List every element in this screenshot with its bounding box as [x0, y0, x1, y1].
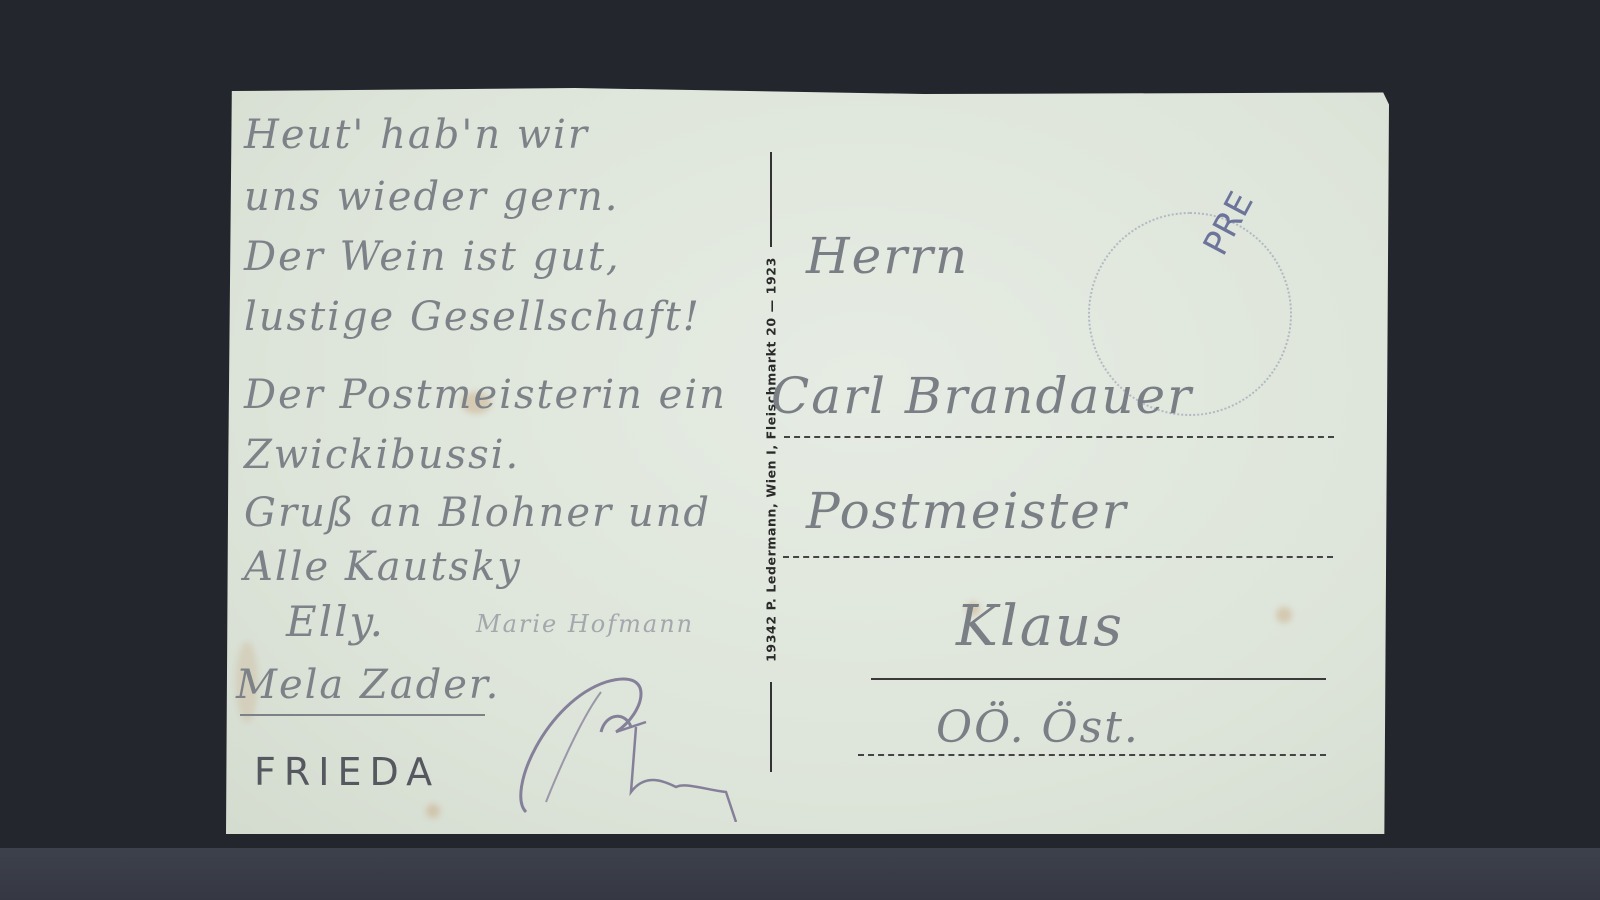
address-name: Carl Brandauer [771, 367, 1193, 425]
message-line: uns wieder gern. [244, 174, 619, 220]
signature-scrawl [506, 672, 746, 822]
postcard: Heut' hab'n wir uns wieder gern. Der Wei… [226, 82, 1389, 834]
signature-frieda: FRIEDA [254, 750, 440, 794]
address-region: OÖ. Öst. [936, 702, 1140, 753]
stain [426, 804, 440, 818]
stain [1276, 607, 1292, 623]
signature-elly: Elly. [286, 597, 385, 646]
address-line-2 [783, 556, 1333, 558]
address-line-1 [784, 436, 1334, 438]
message-line: Gruß an Blohner und [244, 490, 711, 536]
background-lower-strip [0, 848, 1600, 900]
message-line: Der Postmeisterin ein [244, 372, 727, 418]
address-line-4 [858, 754, 1326, 756]
signature-marie-hofmann: Marie Hofmann [476, 610, 694, 638]
message-line: Alle Kautsky [244, 544, 522, 590]
signature-mela-zader: Mela Zader. [236, 662, 500, 708]
address-line-3 [871, 678, 1326, 680]
address-salutation: Herrn [806, 227, 969, 285]
message-line: Heut' hab'n wir [244, 112, 589, 158]
message-line: lustige Gesellschaft! [244, 294, 701, 340]
publisher-imprint: 19342 P. Ledermann, Wien I, Fleischmarkt… [764, 160, 779, 760]
message-line: Der Wein ist gut, [244, 234, 621, 280]
address-title: Postmeister [806, 482, 1128, 540]
signature-underline [240, 714, 485, 716]
address-town: Klaus [956, 594, 1124, 659]
message-line: Zwickibussi. [244, 432, 520, 478]
center-divider: 19342 P. Ledermann, Wien I, Fleischmarkt… [759, 152, 783, 772]
